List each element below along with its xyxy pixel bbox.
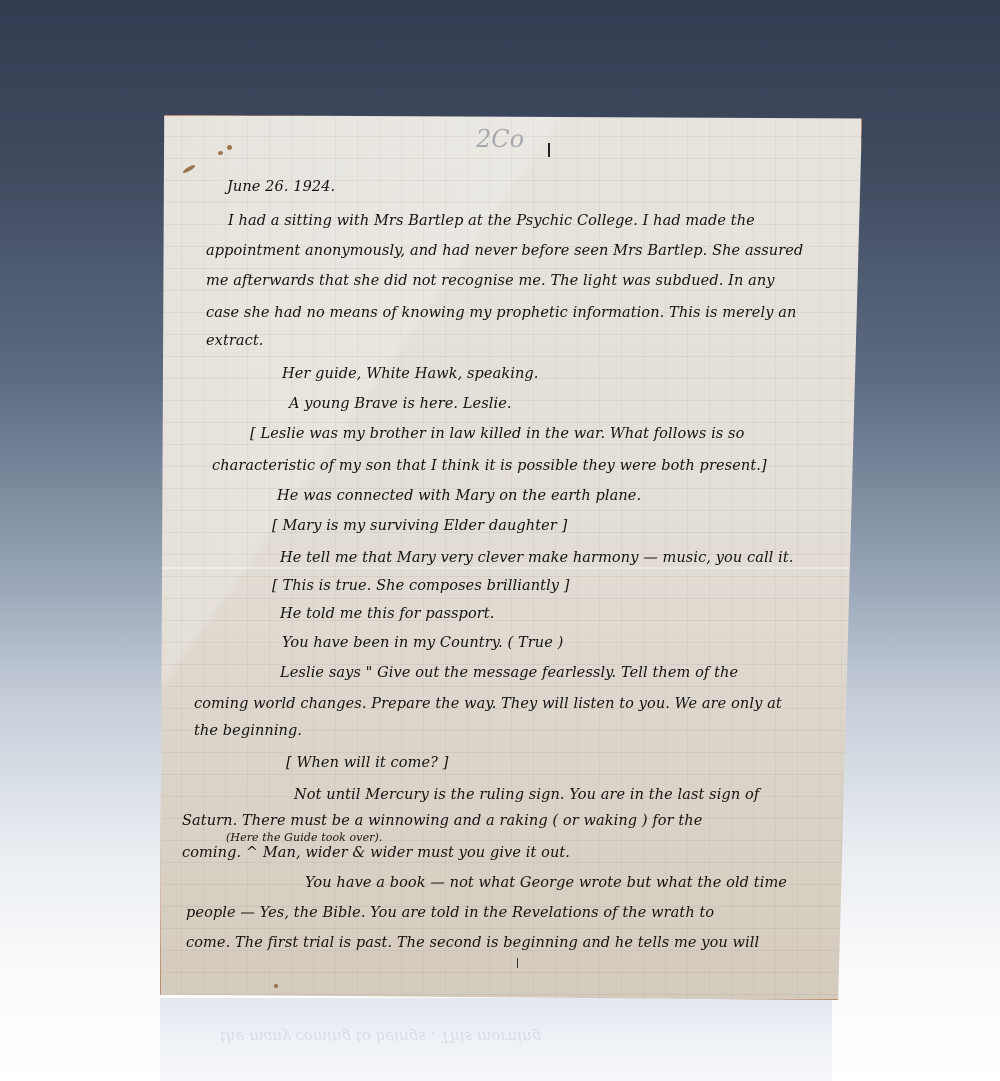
paper-reflection: the many coming to beings . This morning [160,998,832,1081]
text-line: [ When will it come? ] [286,755,448,771]
text-line: [ Leslie was my brother in law killed in… [250,426,744,442]
paper-fold-line [160,567,862,569]
text-line: Leslie says " Give out the message fearl… [280,665,738,681]
rust-stain-icon [274,984,278,988]
rust-stain-icon [182,164,196,174]
text-line: coming. ^ Man, wider & wider must you gi… [182,845,570,861]
text-line: Saturn. There must be a winnowing and a … [182,813,702,829]
text-line: You have a book — not what George wrote … [305,875,787,891]
text-line: the beginning. [194,723,302,739]
text-line: He told me this for passport. [280,606,494,622]
rust-stain-icon [227,145,232,150]
reflection-text: the many coming to beings . This morning [220,1028,541,1046]
text-line: appointment anonymously, and had never b… [206,243,803,259]
text-line-insertion: (Here the Guide took over). [226,831,383,844]
text-line: people — Yes, the Bible. You are told in… [186,905,714,921]
text-line: come. The first trial is past. The secon… [186,935,759,951]
text-line: [ Mary is my surviving Elder daughter ] [272,518,567,534]
text-line: extract. [206,333,264,349]
text-line: I had a sitting with Mrs Bartlep at the … [228,213,755,229]
text-line: Her guide, White Hawk, speaking. [282,366,539,382]
text-line: [ This is true. She composes brilliantly… [272,578,570,594]
text-line: Not until Mercury is the ruling sign. Yo… [294,787,759,803]
ink-tick-mark [548,143,550,157]
text-line: He was connected with Mary on the earth … [277,488,641,504]
text-line: A young Brave is here. Leslie. [289,396,512,412]
text-line: He tell me that Mary very clever make ha… [280,550,794,566]
pencil-annotation: 2Co [476,125,524,153]
text-line: coming world changes. Prepare the way. T… [194,696,782,712]
text-line: characteristic of my son that I think it… [212,458,767,474]
text-line: case she had no means of knowing my prop… [206,305,796,321]
manuscript-page: 2Co June 26. 1924. I had a sitting with … [160,115,862,1000]
ink-tick-mark [517,958,518,968]
date-line: June 26. 1924. [227,179,335,195]
text-line: me afterwards that she did not recognise… [206,273,775,289]
text-line: You have been in my Country. ( True ) [282,635,563,651]
rust-stain-icon [218,151,223,155]
